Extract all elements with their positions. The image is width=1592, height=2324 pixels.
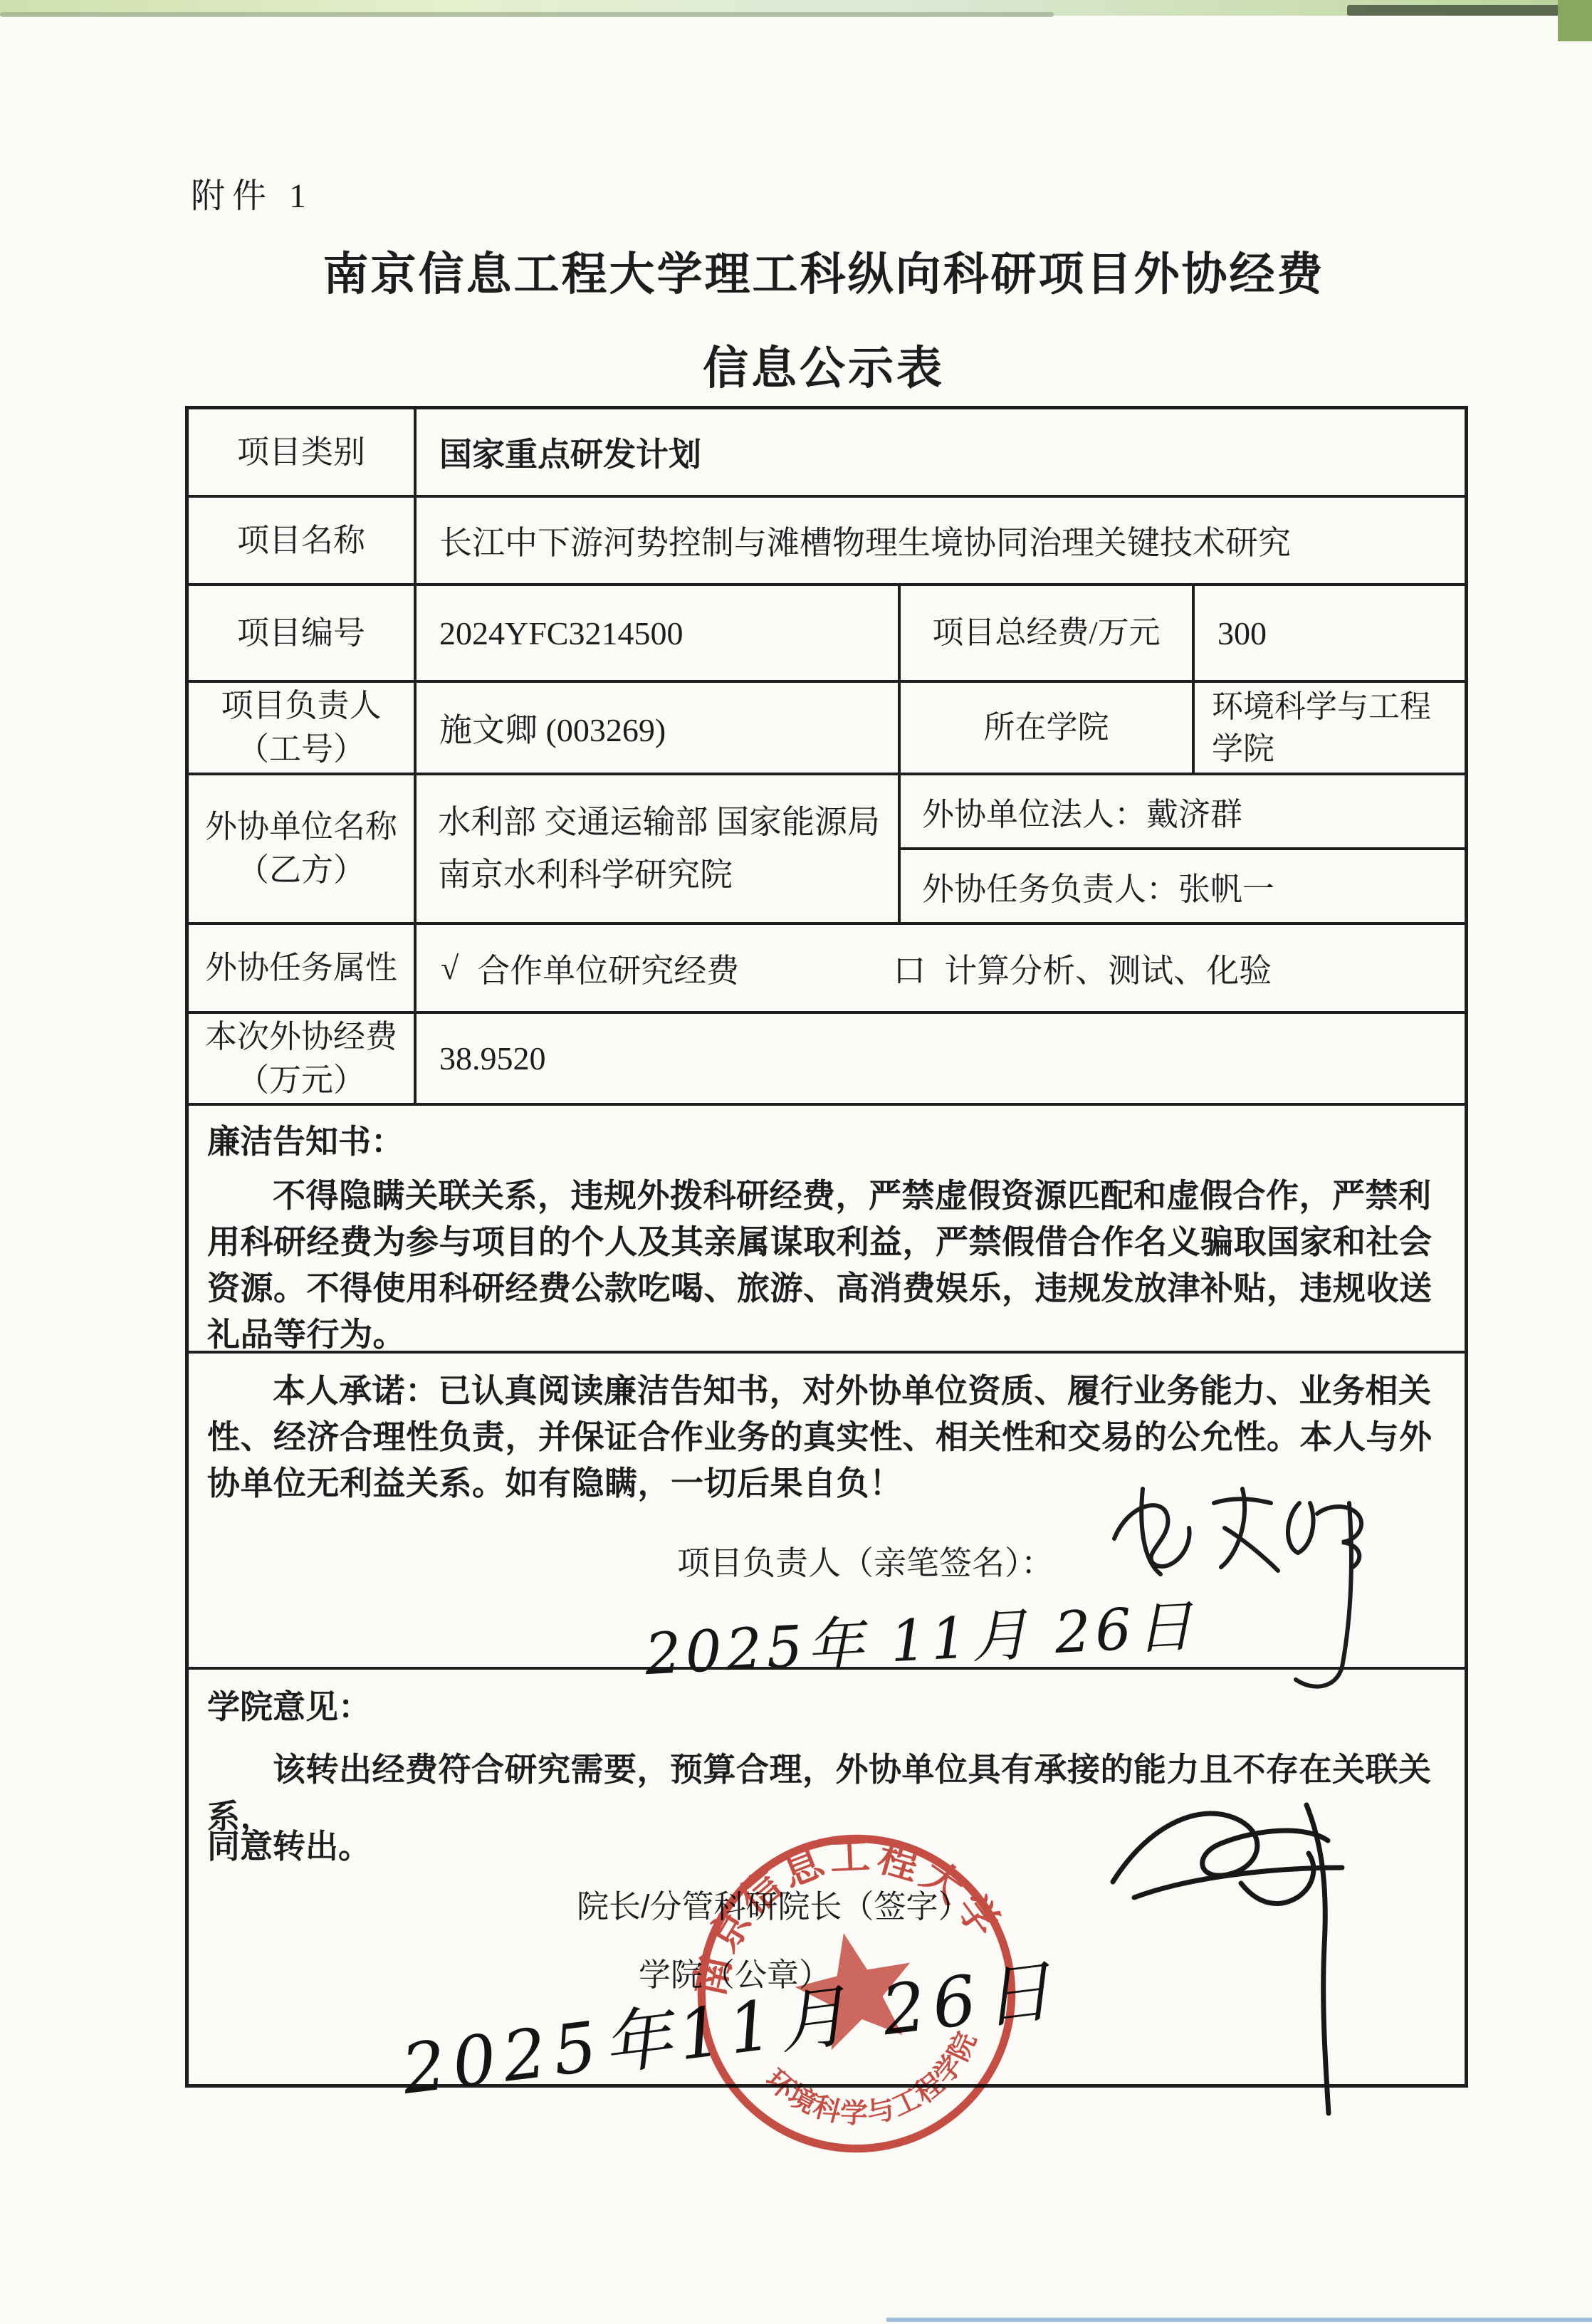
row-project-name: 项目名称 长江中下游河势控制与滩槽物理生境协同治理关键技术研究 <box>189 495 1465 583</box>
scanner-corner-artifact <box>1558 0 1592 41</box>
project-number-label: 项目编号 <box>189 586 417 680</box>
partner-legal-person: 外协单位法人：戴济群 <box>901 775 1465 850</box>
task-option-analysis-test: 口 计算分析、测试、化验 <box>893 945 1272 992</box>
integrity-notice-title: 廉洁告知书： <box>207 1116 1446 1163</box>
college-opinion-section: 学院意见： 该转出经费符合研究需要，预算合理，外协单位具有承接的能力且不存在关联… <box>189 1667 1465 2084</box>
scanned-form-page: { "header": { "attachment": "附件 1", "tit… <box>0 0 1592 2324</box>
integrity-notice-body: 不得隐瞒关联关系，违规外拨科研经费，严禁虚假资源匹配和虚假合作，严禁利用科研经费… <box>207 1173 1446 1358</box>
commitment: 本人承诺：已认真阅读廉洁告知书，对外协单位资质、履行业务能力、业务相关性、经济合… <box>189 1354 1465 1667</box>
checkbox-icon: 口 <box>893 945 926 992</box>
project-leader-label-line1: 项目负责人 <box>221 684 381 728</box>
row-task-attribute: 外协任务属性 √ 合作单位研究经费 口 计算分析、测试、化验 <box>189 922 1465 1011</box>
integrity-notice: 廉洁告知书： 不得隐瞒关联关系，违规外拨科研经费，严禁虚假资源匹配和虚假合作，严… <box>189 1106 1465 1351</box>
college-opinion-line2: 同意转出。 <box>207 1821 371 1868</box>
row-project-number: 项目编号 2024YFC3214500 项目总经费/万元 300 <box>189 583 1465 680</box>
scanner-top-shadow <box>0 12 1054 17</box>
partner-unit-label-line2: （乙方） <box>237 849 365 892</box>
total-budget-value: 300 <box>1195 586 1465 680</box>
outsourcing-amount-label: 本次外协经费 （万元） <box>189 1014 417 1103</box>
project-leader-value: 施文卿 (003269) <box>417 683 901 773</box>
college-opinion-title: 学院意见： <box>207 1681 371 1728</box>
form-table: 项目类别 国家重点研发计划 项目名称 长江中下游河势控制与滩槽物理生境协同治理关… <box>185 406 1468 2088</box>
college-value: 环境科学与工程学院 <box>1195 683 1465 773</box>
stamp-star-icon <box>786 1921 924 2055</box>
official-seal-stamp: 南京信息工程大学 环境科学与工程学院 <box>658 1795 1054 2192</box>
task-attribute-label: 外协任务属性 <box>189 925 417 1011</box>
partner-task-leader: 外协任务负责人：张帆一 <box>901 850 1465 922</box>
dean-signature-graphic <box>1091 1761 1369 2131</box>
leader-signature-label: 项目负责人（亲笔签名）： <box>677 1537 1054 1584</box>
task-option-research-funds-label: 合作单位研究经费 <box>477 945 739 992</box>
row-project-category: 项目类别 国家重点研发计划 <box>189 409 1465 495</box>
checkmark-icon: √ <box>441 949 459 987</box>
task-option-analysis-test-label: 计算分析、测试、化验 <box>944 945 1272 992</box>
project-leader-label: 项目负责人 （工号） <box>189 683 417 773</box>
title-line-1: 南京信息工程大学理工科纵向科研项目外协经费 <box>158 249 1489 299</box>
row-project-leader: 项目负责人 （工号） 施文卿 (003269) 所在学院 环境科学与工程学院 <box>189 680 1465 773</box>
commitment-section: 本人承诺：已认真阅读廉洁告知书，对外协单位资质、履行业务能力、业务相关性、经济合… <box>189 1351 1465 1667</box>
partner-unit-value: 水利部 交通运输部 国家能源局 南京水利科学研究院 <box>417 775 901 922</box>
total-budget-label: 项目总经费/万元 <box>901 586 1195 680</box>
scanner-bottom-artifact <box>886 2318 1592 2322</box>
outsourcing-amount-label-line2: （万元） <box>237 1059 365 1102</box>
row-outsourcing-amount: 本次外协经费 （万元） 38.9520 <box>189 1011 1465 1103</box>
partner-unit-label: 外协单位名称 （乙方） <box>189 775 417 922</box>
project-leader-label-line2: （工号） <box>237 728 365 771</box>
project-name-label: 项目名称 <box>189 498 417 583</box>
row-partner-unit: 外协单位名称 （乙方） 水利部 交通运输部 国家能源局 南京水利科学研究院 外协… <box>189 773 1465 922</box>
integrity-notice-section: 廉洁告知书： 不得隐瞒关联关系，违规外拨科研经费，严禁虚假资源匹配和虚假合作，严… <box>189 1103 1465 1351</box>
college-label: 所在学院 <box>901 683 1195 773</box>
project-name-value: 长江中下游河势控制与滩槽物理生境协同治理关键技术研究 <box>417 498 1465 583</box>
attachment-label: 附件 1 <box>191 168 313 217</box>
paper-edge-shadow <box>1347 5 1569 16</box>
project-category-label: 项目类别 <box>189 409 417 495</box>
title-line-2: 信息公示表 <box>158 332 1489 397</box>
partner-unit-label-line1: 外协单位名称 <box>205 805 397 849</box>
outsourcing-amount-label-line1: 本次外协经费 <box>205 1015 397 1059</box>
partner-unit-right-stack: 外协单位法人：戴济群 外协任务负责人：张帆一 <box>901 775 1465 922</box>
outsourcing-amount-value: 38.9520 <box>417 1014 1465 1103</box>
project-category-value: 国家重点研发计划 <box>417 409 1465 495</box>
task-attribute-options: √ 合作单位研究经费 口 计算分析、测试、化验 <box>417 925 1465 1011</box>
college-opinion: 学院意见： 该转出经费符合研究需要，预算合理，外协单位具有承接的能力且不存在关联… <box>189 1670 1465 2084</box>
task-option-research-funds: √ 合作单位研究经费 <box>441 945 739 992</box>
document-title: 南京信息工程大学理工科纵向科研项目外协经费 信息公示表 <box>158 249 1489 397</box>
project-number-value: 2024YFC3214500 <box>417 586 901 680</box>
